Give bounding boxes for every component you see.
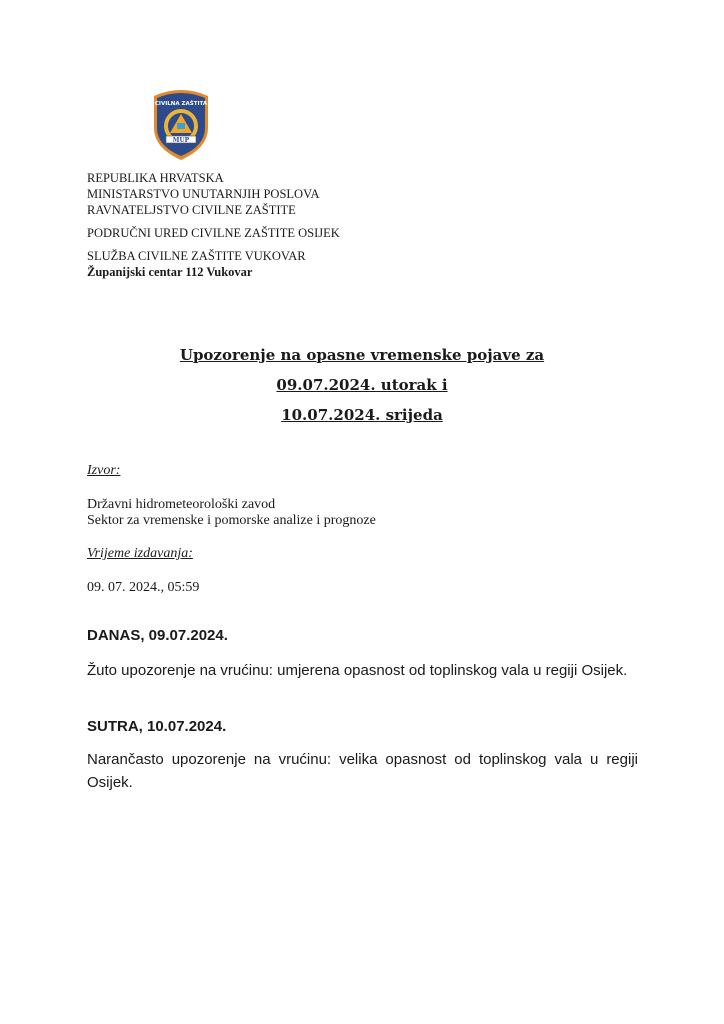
issuer-block: REPUBLIKA HRVATSKA MINISTARSTVO UNUTARNJ… [87, 170, 340, 280]
warning-heading-tomorrow: SUTRA, 10.07.2024. [87, 715, 638, 738]
source-label: Izvor: [87, 463, 120, 479]
source-sector: Sektor za vremenske i pomorske analize i… [87, 513, 376, 529]
regional-office: PODRUČNI URED CIVILNE ZAŠTITE OSIJEK [87, 225, 340, 241]
svg-text:MUP: MUP [173, 137, 190, 144]
country-name: REPUBLIKA HRVATSKA [87, 170, 340, 186]
center-name: Županijski centar 112 Vukovar [87, 264, 340, 280]
document-title: Upozorenje na opasne vremenske pojave za… [0, 340, 724, 430]
title-line-2: 09.07.2024. utorak i [0, 370, 724, 400]
directorate-name: RAVNATELJSTVO CIVILNE ZAŠTITE [87, 202, 340, 218]
svg-text:CIVILNA ZAŠTITA: CIVILNA ZAŠTITA [155, 100, 208, 107]
title-line-3: 10.07.2024. srijeda [0, 400, 724, 430]
issued-value: 09. 07. 2024., 05:59 [87, 580, 199, 596]
warning-text-tomorrow: Narančasto upozorenje na vrućinu: velika… [87, 748, 638, 794]
source-institution: Državni hidrometeorološki zavod [87, 497, 275, 513]
shield-emblem-icon: MUP CIVILNA ZAŠTITA [150, 86, 212, 162]
title-line-1: Upozorenje na opasne vremenske pojave za [0, 340, 724, 370]
civil-protection-logo: MUP CIVILNA ZAŠTITA [150, 86, 212, 162]
ministry-name: MINISTARSTVO UNUTARNJIH POSLOVA [87, 186, 340, 202]
warning-text-today: Žuto upozorenje na vrućinu: umjerena opa… [87, 659, 638, 682]
warning-heading-today: DANAS, 09.07.2024. [87, 624, 638, 647]
issued-label: Vrijeme izdavanja: [87, 546, 193, 562]
service-name: SLUŽBA CIVILNE ZAŠTITE VUKOVAR [87, 248, 340, 264]
